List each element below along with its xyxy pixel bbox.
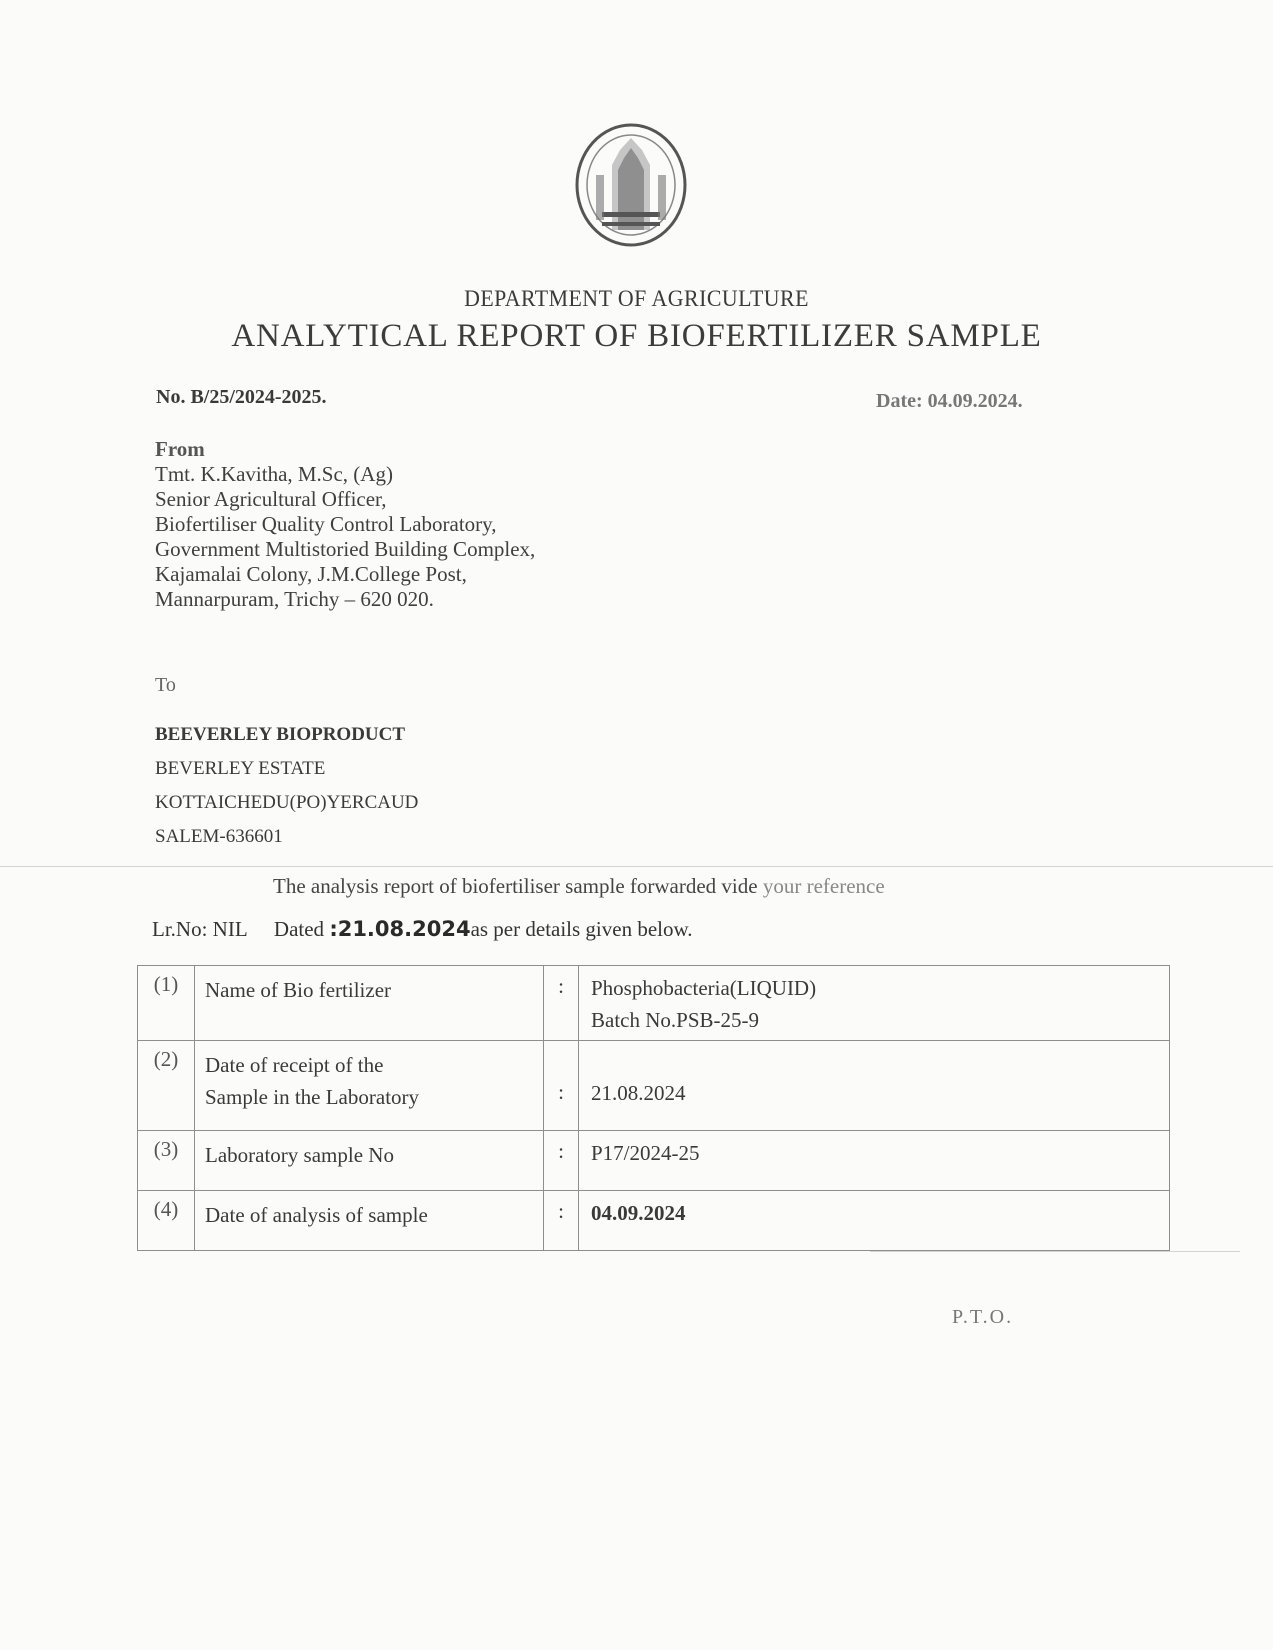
- row-label: Name of Bio fertilizer: [195, 966, 544, 1041]
- batch-number: Batch No.PSB-25-9: [591, 1004, 1169, 1036]
- row-value: 21.08.2024: [579, 1041, 1170, 1131]
- letter-reference: Lr.No: NIL Dated :21.08.2024as per detai…: [152, 917, 693, 942]
- from-address: From Tmt. K.Kavitha, M.Sc, (Ag) Senior A…: [155, 437, 535, 612]
- row-colon: :: [544, 1131, 579, 1191]
- to-label: To: [155, 674, 176, 697]
- row-number: (3): [138, 1131, 195, 1191]
- row-label-line: Sample in the Laboratory: [205, 1081, 543, 1113]
- lr-number: Lr.No: NIL: [152, 917, 248, 941]
- row-number: (2): [138, 1041, 195, 1131]
- report-date: Date: 04.09.2024.: [876, 390, 1023, 413]
- from-line: Government Multistoried Building Complex…: [155, 537, 535, 562]
- from-line: Senior Agricultural Officer,: [155, 487, 535, 512]
- please-turn-over: P.T.O.: [952, 1306, 1013, 1329]
- row-label: Date of receipt of the Sample in the Lab…: [195, 1041, 544, 1131]
- row-colon: :: [544, 1041, 579, 1131]
- from-label: From: [155, 437, 535, 462]
- row-value: P17/2024-25: [579, 1131, 1170, 1191]
- recipient-name: BEEVERLEY BIOPRODUCT: [155, 718, 418, 752]
- row-value: 04.09.2024: [579, 1191, 1170, 1251]
- table-row: (1) Name of Bio fertilizer : Phosphobact…: [138, 966, 1170, 1041]
- from-line: Kajamalai Colony, J.M.College Post,: [155, 562, 535, 587]
- department-heading: DEPARTMENT OF AGRICULTURE: [32, 286, 1241, 312]
- dated-tail: as per details given below.: [471, 917, 693, 941]
- to-address: BEEVERLEY BIOPRODUCT BEVERLEY ESTATE KOT…: [155, 718, 418, 854]
- from-line: Biofertiliser Quality Control Laboratory…: [155, 512, 535, 537]
- scan-artifact-line: [0, 866, 1273, 867]
- report-title: ANALYTICAL REPORT OF BIOFERTILIZER SAMPL…: [0, 318, 1273, 355]
- intro-text-tail: your reference: [763, 874, 885, 898]
- row-colon: :: [544, 1191, 579, 1251]
- to-line: KOTTAICHEDU(PO)YERCAUD: [155, 786, 418, 820]
- biofertilizer-name: Phosphobacteria(LIQUID): [591, 972, 1169, 1004]
- row-label: Date of analysis of sample: [195, 1191, 544, 1251]
- row-colon: :: [544, 966, 579, 1041]
- from-line: Tmt. K.Kavitha, M.Sc, (Ag): [155, 462, 535, 487]
- to-line: BEVERLEY ESTATE: [155, 752, 418, 786]
- intro-paragraph: The analysis report of biofertiliser sam…: [273, 874, 885, 899]
- row-number: (4): [138, 1191, 195, 1251]
- dated-label: Dated: [274, 917, 329, 941]
- to-line: SALEM-636601: [155, 820, 418, 854]
- intro-text: The analysis report of biofertiliser sam…: [273, 874, 763, 898]
- row-label-line: Date of receipt of the: [205, 1049, 543, 1081]
- dated-value: :21.08.2024: [329, 917, 470, 941]
- table-row: (4) Date of analysis of sample : 04.09.2…: [138, 1191, 1170, 1251]
- from-line: Mannarpuram, Trichy – 620 020.: [155, 587, 535, 612]
- table-row: (3) Laboratory sample No : P17/2024-25: [138, 1131, 1170, 1191]
- row-value: Phosphobacteria(LIQUID) Batch No.PSB-25-…: [579, 966, 1170, 1041]
- sample-details-table: (1) Name of Bio fertilizer : Phosphobact…: [137, 965, 1170, 1251]
- state-emblem-icon: [572, 120, 690, 250]
- table-row: (2) Date of receipt of the Sample in the…: [138, 1041, 1170, 1131]
- reference-number: No. B/25/2024-2025.: [156, 386, 327, 409]
- row-label: Laboratory sample No: [195, 1131, 544, 1191]
- row-number: (1): [138, 966, 195, 1041]
- scan-artifact-line: [870, 1251, 1240, 1252]
